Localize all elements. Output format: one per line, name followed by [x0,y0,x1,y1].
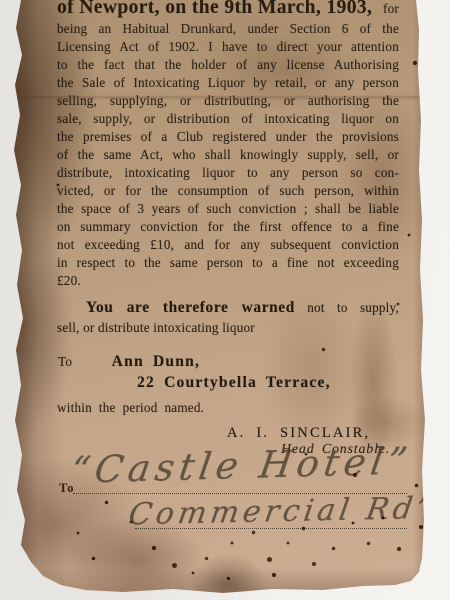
heading-line: of Newport, on the 9th March, 1903, for [57,0,399,20]
body-line: the premises of a Club registered under … [57,128,399,146]
recipient-name: Ann Dunn, [112,353,200,370]
signature-name: A. I. SINCLAIR, [227,424,399,441]
warning-bold-text: You are therefore warned [86,299,295,316]
body-line: £20. [57,272,399,290]
handwritten-street: Commercial Rd” [126,491,438,533]
notice-card: of Newport, on the 9th March, 1903, for … [13,0,427,596]
body-line: distribute, intoxicating liquor to any p… [57,164,399,182]
period-note: within the period named. [57,399,399,417]
recipient-row: To Ann Dunn, [57,353,399,374]
body-line: to the fact that the holder of any licen… [57,56,399,74]
heading-date-fragment: of Newport, on the 9th March, 1903, [57,0,372,17]
notice-text: of Newport, on the 9th March, 1903, for … [57,1,399,458]
body-line: victed, or for the consumption of such p… [57,182,399,200]
body-line: the space of 3 years of such conviction … [57,200,399,218]
recipient-to-label: To [58,354,72,369]
body-line: sale, supply, or distribution of intoxic… [57,110,399,128]
body-line: in respect to the same person to a fine … [57,254,399,272]
body-line: of the same Act, who shall knowingly sup… [57,146,399,164]
warning-rest-text: not to supply, [307,300,399,315]
body-line: being an Habitual Drunkard, under Sectio… [57,20,399,38]
body-line: selling, supplying, or distributing, or … [57,92,399,110]
body-line: the Sale of Intoxicating Liquor by retai… [57,74,399,92]
heading-tail: for [383,0,399,18]
recipient-address: 22 Courtybella Terrace, [137,374,399,395]
warning-line-2: sell, or distribute intoxicating liquor [57,319,399,337]
warning-line: You are therefore warned not to supply, [57,299,399,319]
body-line: not exceeding £10, and for any subsequen… [57,236,399,254]
body-line: Licensing Act of 1902. I have to direct … [57,38,399,56]
body-line: on summary conviction for the first offe… [57,218,399,236]
